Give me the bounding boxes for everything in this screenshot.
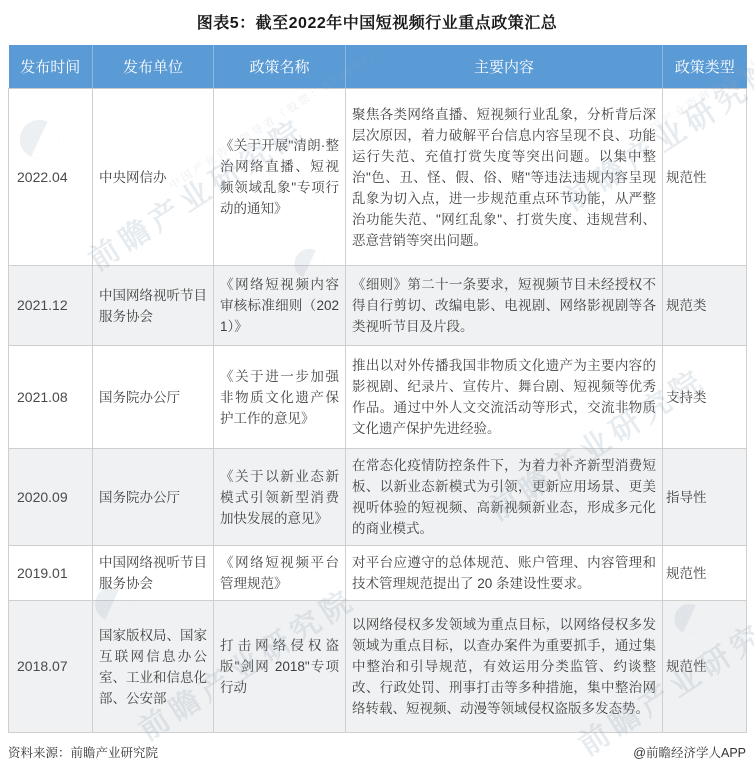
cell-content: 推出以对外传播我国非物质文化遗产为主要内容的影视剧、纪录片、宣传片、舞台剧、短视…: [346, 346, 663, 449]
table-row: 2022.04 中央网信办 《关于开展"清朗·整治网络直播、短视频领域乱象"专项…: [9, 89, 747, 266]
table-row: 2019.01 中国网络视听节目服务协会 《网络短视频平台管理规范》 对平台应遵…: [9, 546, 747, 601]
cell-content: 在常态化疫情防控条件下，为着力补齐新型消费短板、以新业态新模式为引领，更新应用场…: [346, 449, 663, 546]
report-figure-page: 图表5：截至2022年中国短视频行业重点政策汇总 发布时间 发布单位 政策名称 …: [0, 0, 754, 774]
cell-policy: 《网络短视频平台管理规范》: [214, 546, 346, 601]
cell-type: 规范性: [663, 601, 747, 733]
table-row: 2020.09 国务院办公厅 《关于以新业态新模式引领新型消费加快发展的意见》 …: [9, 449, 747, 546]
table-row: 2021.12 中国网络视听节目服务协会 《网络短视频内容审核标准细则（2021…: [9, 266, 747, 346]
credit-note: @前瞻经济学人APP: [633, 743, 746, 761]
cell-date: 2018.07: [9, 601, 93, 733]
cell-org: 中国网络视听节目服务协会: [93, 546, 214, 601]
cell-org: 国务院办公厅: [93, 346, 214, 449]
figure-footer: 资料来源：前瞻产业研究院 @前瞻经济学人APP: [8, 743, 746, 761]
cell-content: 对平台应遵守的总体规范、账户管理、内容管理和技术管理规范提出了 20 条建设性要…: [346, 546, 663, 601]
header-policy-type: 政策类型: [663, 45, 747, 89]
cell-content: 聚焦各类网络直播、短视频行业乱象，分析背后深层次原因，着力破解平台信息内容呈现不…: [346, 89, 663, 266]
cell-policy: 《网络短视频内容审核标准细则（2021）》: [214, 266, 346, 346]
cell-content: 以网络侵权多发领域为重点目标，以网络侵权多发领域为重点目标，以查办案件为重要抓手…: [346, 601, 663, 733]
cell-type: 支持类: [663, 346, 747, 449]
cell-date: 2022.04: [9, 89, 93, 266]
cell-org: 中国网络视听节目服务协会: [93, 266, 214, 346]
cell-org: 国务院办公厅: [93, 449, 214, 546]
header-publish-date: 发布时间: [9, 45, 93, 89]
header-main-content: 主要内容: [346, 45, 663, 89]
cell-org: 国家版权局、国家互联网信息办公室、工业和信息化部、公安部: [93, 601, 214, 733]
cell-date: 2021.08: [9, 346, 93, 449]
cell-type: 规范类: [663, 266, 747, 346]
cell-policy: 《关于进一步加强非物质文化遗产保护工作的意见》: [214, 346, 346, 449]
cell-date: 2019.01: [9, 546, 93, 601]
source-note: 资料来源：前瞻产业研究院: [8, 743, 158, 761]
cell-policy: 《关于以新业态新模式引领新型消费加快发展的意见》: [214, 449, 346, 546]
cell-type: 规范性: [663, 546, 747, 601]
cell-type: 指导性: [663, 449, 747, 546]
cell-policy: 《关于开展"清朗·整治网络直播、短视频领域乱象"专项行动的通知》: [214, 89, 346, 266]
page-title: 图表5：截至2022年中国短视频行业重点政策汇总: [0, 10, 754, 33]
header-policy-name: 政策名称: [214, 45, 346, 89]
table-row: 2021.08 国务院办公厅 《关于进一步加强非物质文化遗产保护工作的意见》 推…: [9, 346, 747, 449]
cell-content: 《细则》第二十一条要求，短视频节目未经授权不得自行剪切、改编电影、电视剧、网络影…: [346, 266, 663, 346]
cell-policy: 打击网络侵权盗版"剑网 2018"专项行动: [214, 601, 346, 733]
table-row: 2018.07 国家版权局、国家互联网信息办公室、工业和信息化部、公安部 打击网…: [9, 601, 747, 733]
cell-type: 规范性: [663, 89, 747, 266]
cell-org: 中央网信办: [93, 89, 214, 266]
cell-date: 2021.12: [9, 266, 93, 346]
cell-date: 2020.09: [9, 449, 93, 546]
header-publish-org: 发布单位: [93, 45, 214, 89]
table-header-row: 发布时间 发布单位 政策名称 主要内容 政策类型: [9, 45, 747, 89]
policy-summary-table: 发布时间 发布单位 政策名称 主要内容 政策类型 2022.04 中央网信办 《…: [8, 45, 747, 733]
